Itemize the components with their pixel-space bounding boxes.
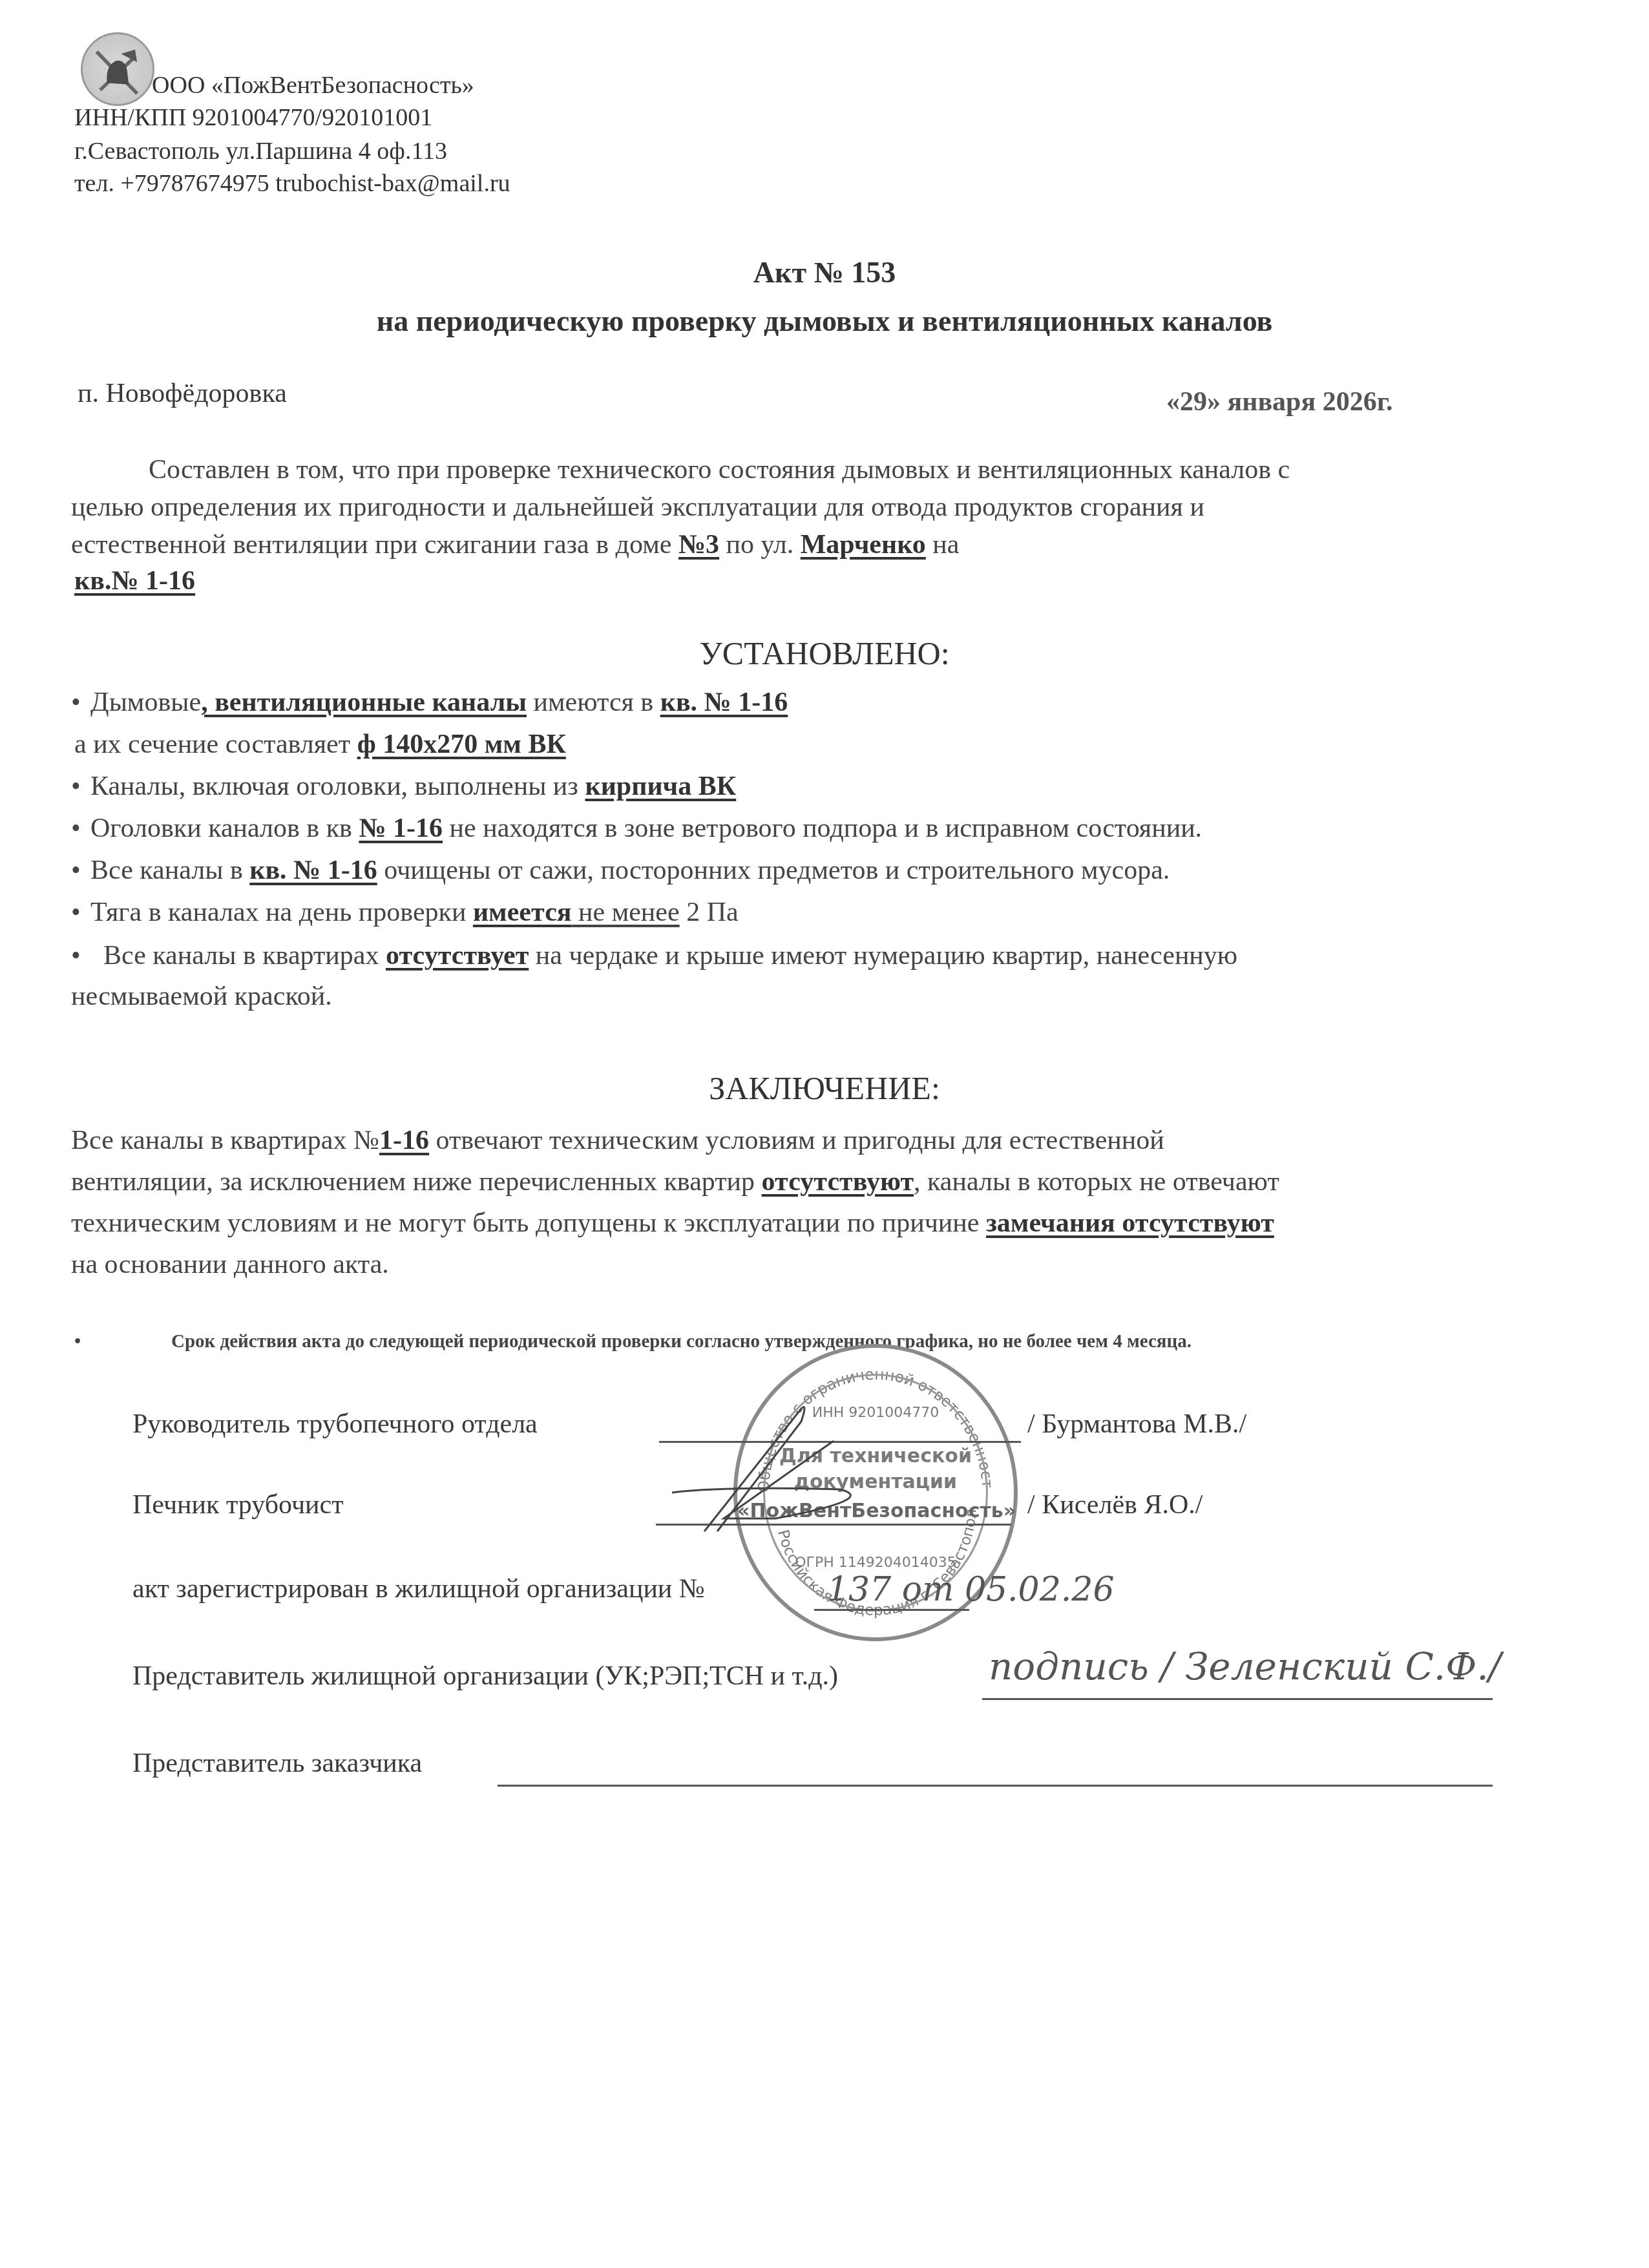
registered-label: акт зарегистрирован в жилищной организац… (132, 1573, 705, 1604)
apartments-range: кв.№ 1-16 (74, 566, 195, 596)
bullet-icon: • (71, 685, 90, 720)
validity-note: •Срок действия акта до следующей периоди… (74, 1331, 1192, 1352)
act-number: Акт № 153 (0, 255, 1649, 289)
house-number: №3 (678, 530, 719, 560)
item-value: кирпича ВК (585, 772, 736, 801)
company-contacts: тел. +79787674975 trubochist-bax@mail.ru (74, 168, 510, 199)
act-subtitle: на периодическую проверку дымовых и вент… (0, 304, 1649, 338)
act-date: «29» января 2026г. (1166, 386, 1393, 417)
established-item-1: •Дымовые, вентиляционные каналы имеются … (71, 685, 788, 720)
bullet-icon: • (71, 769, 90, 804)
bullet-icon: • (71, 938, 103, 973)
established-item-5: •Тяга в каналах на день проверки имеется… (71, 895, 739, 930)
item-text: очищены от сажи, посторонних предметов и… (377, 856, 1170, 885)
item-text: не менее (572, 898, 680, 927)
established-heading: УСТАНОВЛЕНО: (0, 635, 1649, 672)
established-item-6: •Все каналы в квартирах отсутствует на ч… (71, 938, 1237, 973)
housing-rep-handwritten: подпись / Зеленский С.Ф./ (989, 1644, 1501, 1688)
conclusion-line-1: Все каналы в квартирах №1-16 отвечают те… (71, 1123, 1164, 1158)
firefighter-helmet-axe-icon (83, 34, 152, 104)
intro-line-3: естественной вентиляции при сжигании газ… (71, 527, 959, 562)
conclusion-value: замечания отсутствуют (986, 1208, 1274, 1238)
item-value: , вентиляционные каналы (201, 688, 527, 717)
company-logo (81, 32, 154, 106)
head-name: / Бурмантова М.В./ (1027, 1409, 1246, 1440)
item-value: 2 Па (680, 898, 739, 927)
item-value: ф 140x270 мм ВК (357, 730, 566, 759)
conclusion-line-2: вентиляции, за исключением ниже перечисл… (71, 1164, 1279, 1199)
intro-line-1: Составлен в том, что при проверке технич… (149, 452, 1290, 487)
established-item-6-line-2: несмываемой краской. (71, 979, 332, 1014)
established-item-1-line-2: а их сечение составляет ф 140x270 мм ВК (74, 727, 566, 762)
conclusion-text: Все каналы в квартирах № (71, 1126, 379, 1155)
place: п. Новофёдоровка (78, 378, 287, 409)
housing-rep-label: Представитель жилищной организации (УК;Р… (132, 1661, 838, 1692)
intro-text: на (926, 530, 960, 560)
item-text: имеются в (527, 688, 660, 717)
item-value: кв. № 1-16 (660, 688, 788, 717)
intro-line-2: целью определения их пригодности и дальн… (71, 490, 1204, 525)
item-value: отсутствует (386, 941, 529, 971)
conclusion-heading: ЗАКЛЮЧЕНИЕ: (0, 1069, 1649, 1107)
conclusion-value: отсутствуют (762, 1167, 914, 1197)
bullet-icon: • (74, 1331, 171, 1352)
item-text: Оголовки каналов в кв (90, 814, 359, 843)
customer-rep-label: Представитель заказчика (132, 1748, 422, 1779)
housing-rep-signature-line (982, 1698, 1493, 1700)
bullet-icon: • (71, 895, 90, 930)
conclusion-line-3: техническим условиям и не могут быть доп… (71, 1206, 1274, 1241)
conclusion-line-4: на основании данного акта. (71, 1247, 389, 1282)
conclusion-text: отвечают техническим условиям и пригодны… (429, 1126, 1164, 1155)
item-text: а их сечение составляет (74, 730, 357, 759)
intro-apartments: кв.№ 1-16 (74, 563, 195, 598)
established-item-4: •Все каналы в кв. № 1-16 очищены от сажи… (71, 853, 1170, 888)
company-address: г.Севастополь ул.Паршина 4 оф.113 (74, 136, 447, 167)
item-text: Каналы, включая оголовки, выполнены из (90, 772, 585, 801)
item-text: на чердаке и крыше имеют нумерацию кварт… (529, 941, 1237, 971)
intro-text: по ул. (719, 530, 801, 560)
conclusion-text: техническим условиям и не могут быть доп… (71, 1208, 986, 1238)
registered-handwritten: 137 от 05.02.26 (827, 1570, 1115, 1609)
registered-number-line (814, 1609, 969, 1611)
intro-text: естественной вентиляции при сжигании газ… (71, 530, 678, 560)
conclusion-text: вентиляции, за исключением ниже перечисл… (71, 1167, 762, 1197)
item-text: Все каналы в квартирах (103, 941, 386, 971)
established-item-3: •Оголовки каналов в кв № 1-16 не находят… (71, 811, 1202, 846)
validity-text: Срок действия акта до следующей периодич… (171, 1331, 1192, 1352)
item-text: Все каналы в (90, 856, 249, 885)
bullet-icon: • (71, 853, 90, 888)
head-label: Руководитель трубопечного отдела (132, 1409, 538, 1440)
bullet-icon: • (71, 811, 90, 846)
signature-scribble (646, 1383, 1034, 1577)
item-value: кв. № 1-16 (249, 856, 377, 885)
conclusion-value: 1-16 (379, 1126, 429, 1155)
customer-rep-signature-line (498, 1785, 1493, 1787)
item-text: Дымовые (90, 688, 201, 717)
sweep-name: / Киселёв Я.О./ (1027, 1489, 1203, 1520)
inn-kpp: ИНН/КПП 9201004770/920101001 (74, 102, 432, 133)
street-name: Марченко (801, 530, 926, 560)
company-name: ООО «ПожВентБезопасность» (152, 70, 474, 101)
item-value: № 1-16 (359, 814, 443, 843)
item-text: не находятся в зоне ветрового подпора и … (443, 814, 1202, 843)
conclusion-text: , каналы в которых не отвечают (914, 1167, 1279, 1197)
established-item-2: •Каналы, включая оголовки, выполнены из … (71, 769, 736, 804)
item-value: имеется (473, 898, 572, 927)
sweep-label: Печник трубочист (132, 1489, 344, 1520)
item-text: Тяга в каналах на день проверки (90, 898, 473, 927)
